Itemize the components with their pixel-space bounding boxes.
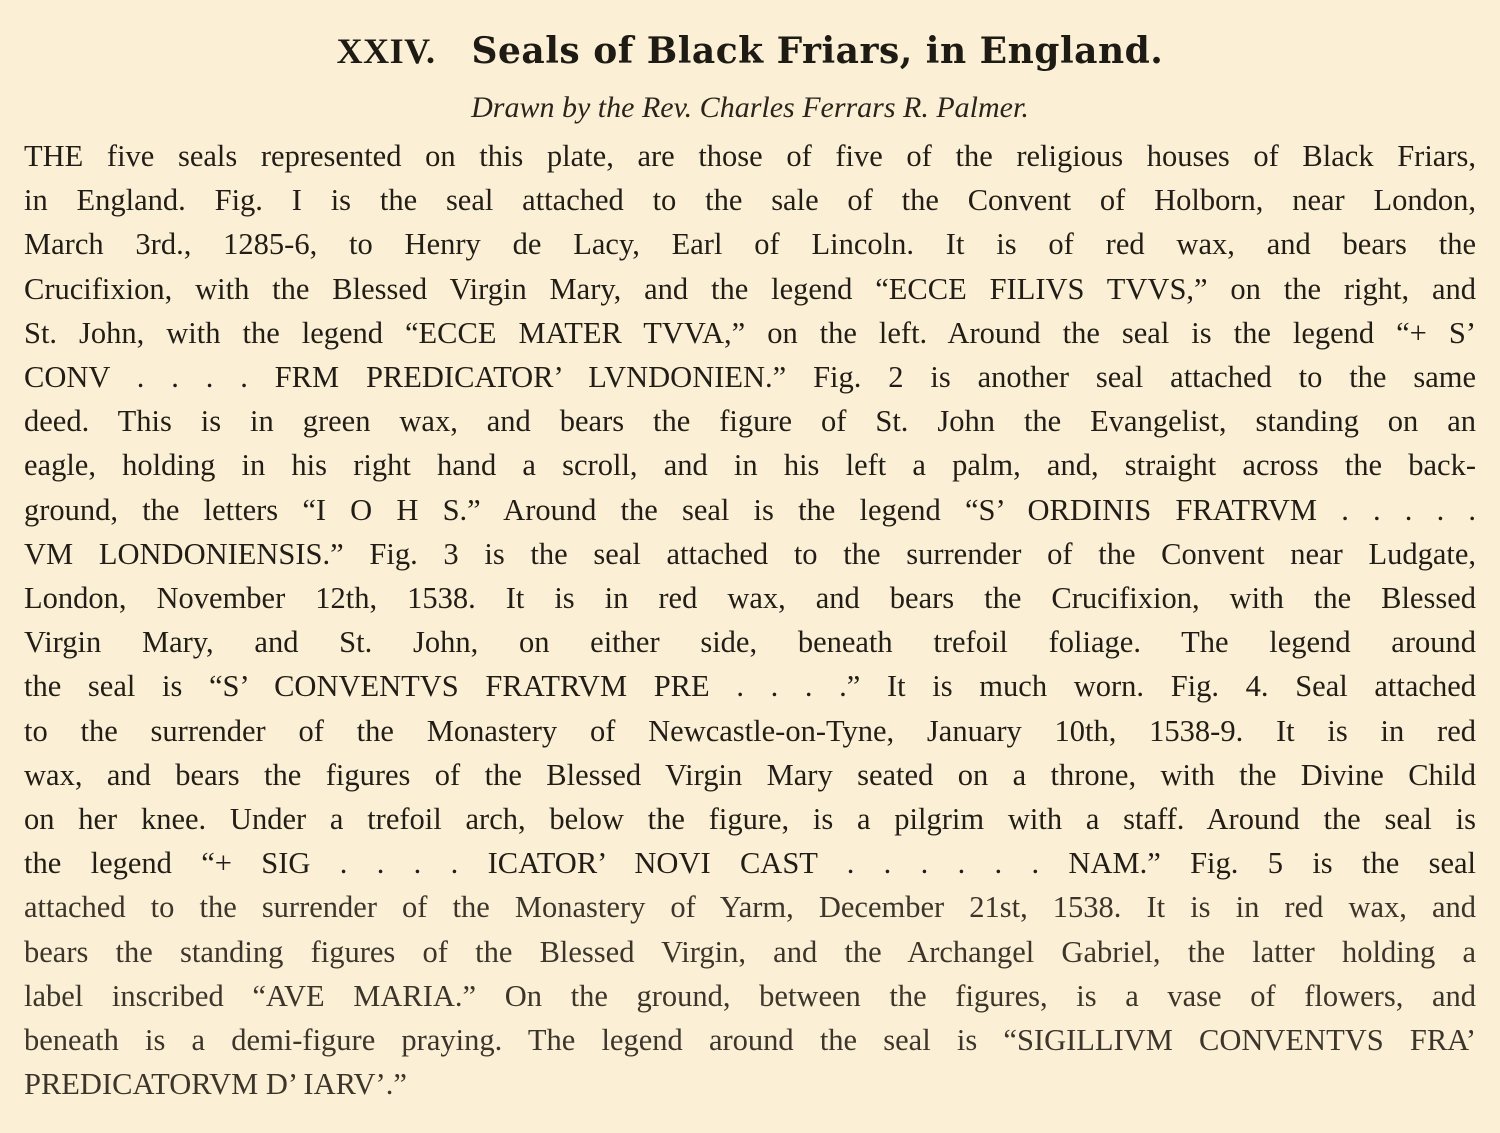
- body-line: London, November 12th, 1538. It is in re…: [24, 576, 1476, 620]
- body-line: bears the standing figures of the Blesse…: [24, 930, 1476, 974]
- body-line: deed. This is in green wax, and bears th…: [24, 399, 1476, 443]
- body-line: label inscribed “AVE MARIA.” On the grou…: [24, 974, 1476, 1018]
- body-line: beneath is a demi-figure praying. The le…: [24, 1018, 1476, 1062]
- body-line: eagle, holding in his right hand a scrol…: [24, 443, 1476, 487]
- body-line: the seal is “S’ CONVENTVS FRATRVM PRE . …: [24, 664, 1476, 708]
- plate-title: XXIV.Seals of Black Friars, in England.: [24, 28, 1476, 74]
- plate-heading: Seals of Black Friars, in England.: [472, 30, 1164, 72]
- body-line: Virgin Mary, and St. John, on either sid…: [24, 620, 1476, 664]
- body-line: ground, the letters “I O H S.” Around th…: [24, 488, 1476, 532]
- body-line: the legend “+ SIG . . . . ICATOR’ NOVI C…: [24, 841, 1476, 885]
- body-line: St. John, with the legend “ECCE MATER TV…: [24, 311, 1476, 355]
- body-line: in England. Fig. I is the seal attached …: [24, 178, 1476, 222]
- body-line: wax, and bears the figures of the Blesse…: [24, 753, 1476, 797]
- body-line: THE five seals represented on this plate…: [24, 134, 1476, 178]
- plate-number: XXIV.: [337, 31, 436, 71]
- body-paragraph: THE five seals represented on this plate…: [24, 134, 1476, 1106]
- body-line: PREDICATORVM D’ IARV’.”: [24, 1062, 1476, 1106]
- body-line: to the surrender of the Monastery of New…: [24, 709, 1476, 753]
- body-line: CONV . . . . FRM PREDICATOR’ LVNDONIEN.”…: [24, 355, 1476, 399]
- body-line: VM LONDONIENSIS.” Fig. 3 is the seal att…: [24, 532, 1476, 576]
- body-line: Crucifixion, with the Blessed Virgin Mar…: [24, 267, 1476, 311]
- plate-subtitle: Drawn by the Rev. Charles Ferrars R. Pal…: [24, 88, 1476, 128]
- body-line: on her knee. Under a trefoil arch, below…: [24, 797, 1476, 841]
- document-page: XXIV.Seals of Black Friars, in England. …: [24, 28, 1476, 1106]
- body-line: March 3rd., 1285-6, to Henry de Lacy, Ea…: [24, 222, 1476, 266]
- body-line: attached to the surrender of the Monaste…: [24, 885, 1476, 929]
